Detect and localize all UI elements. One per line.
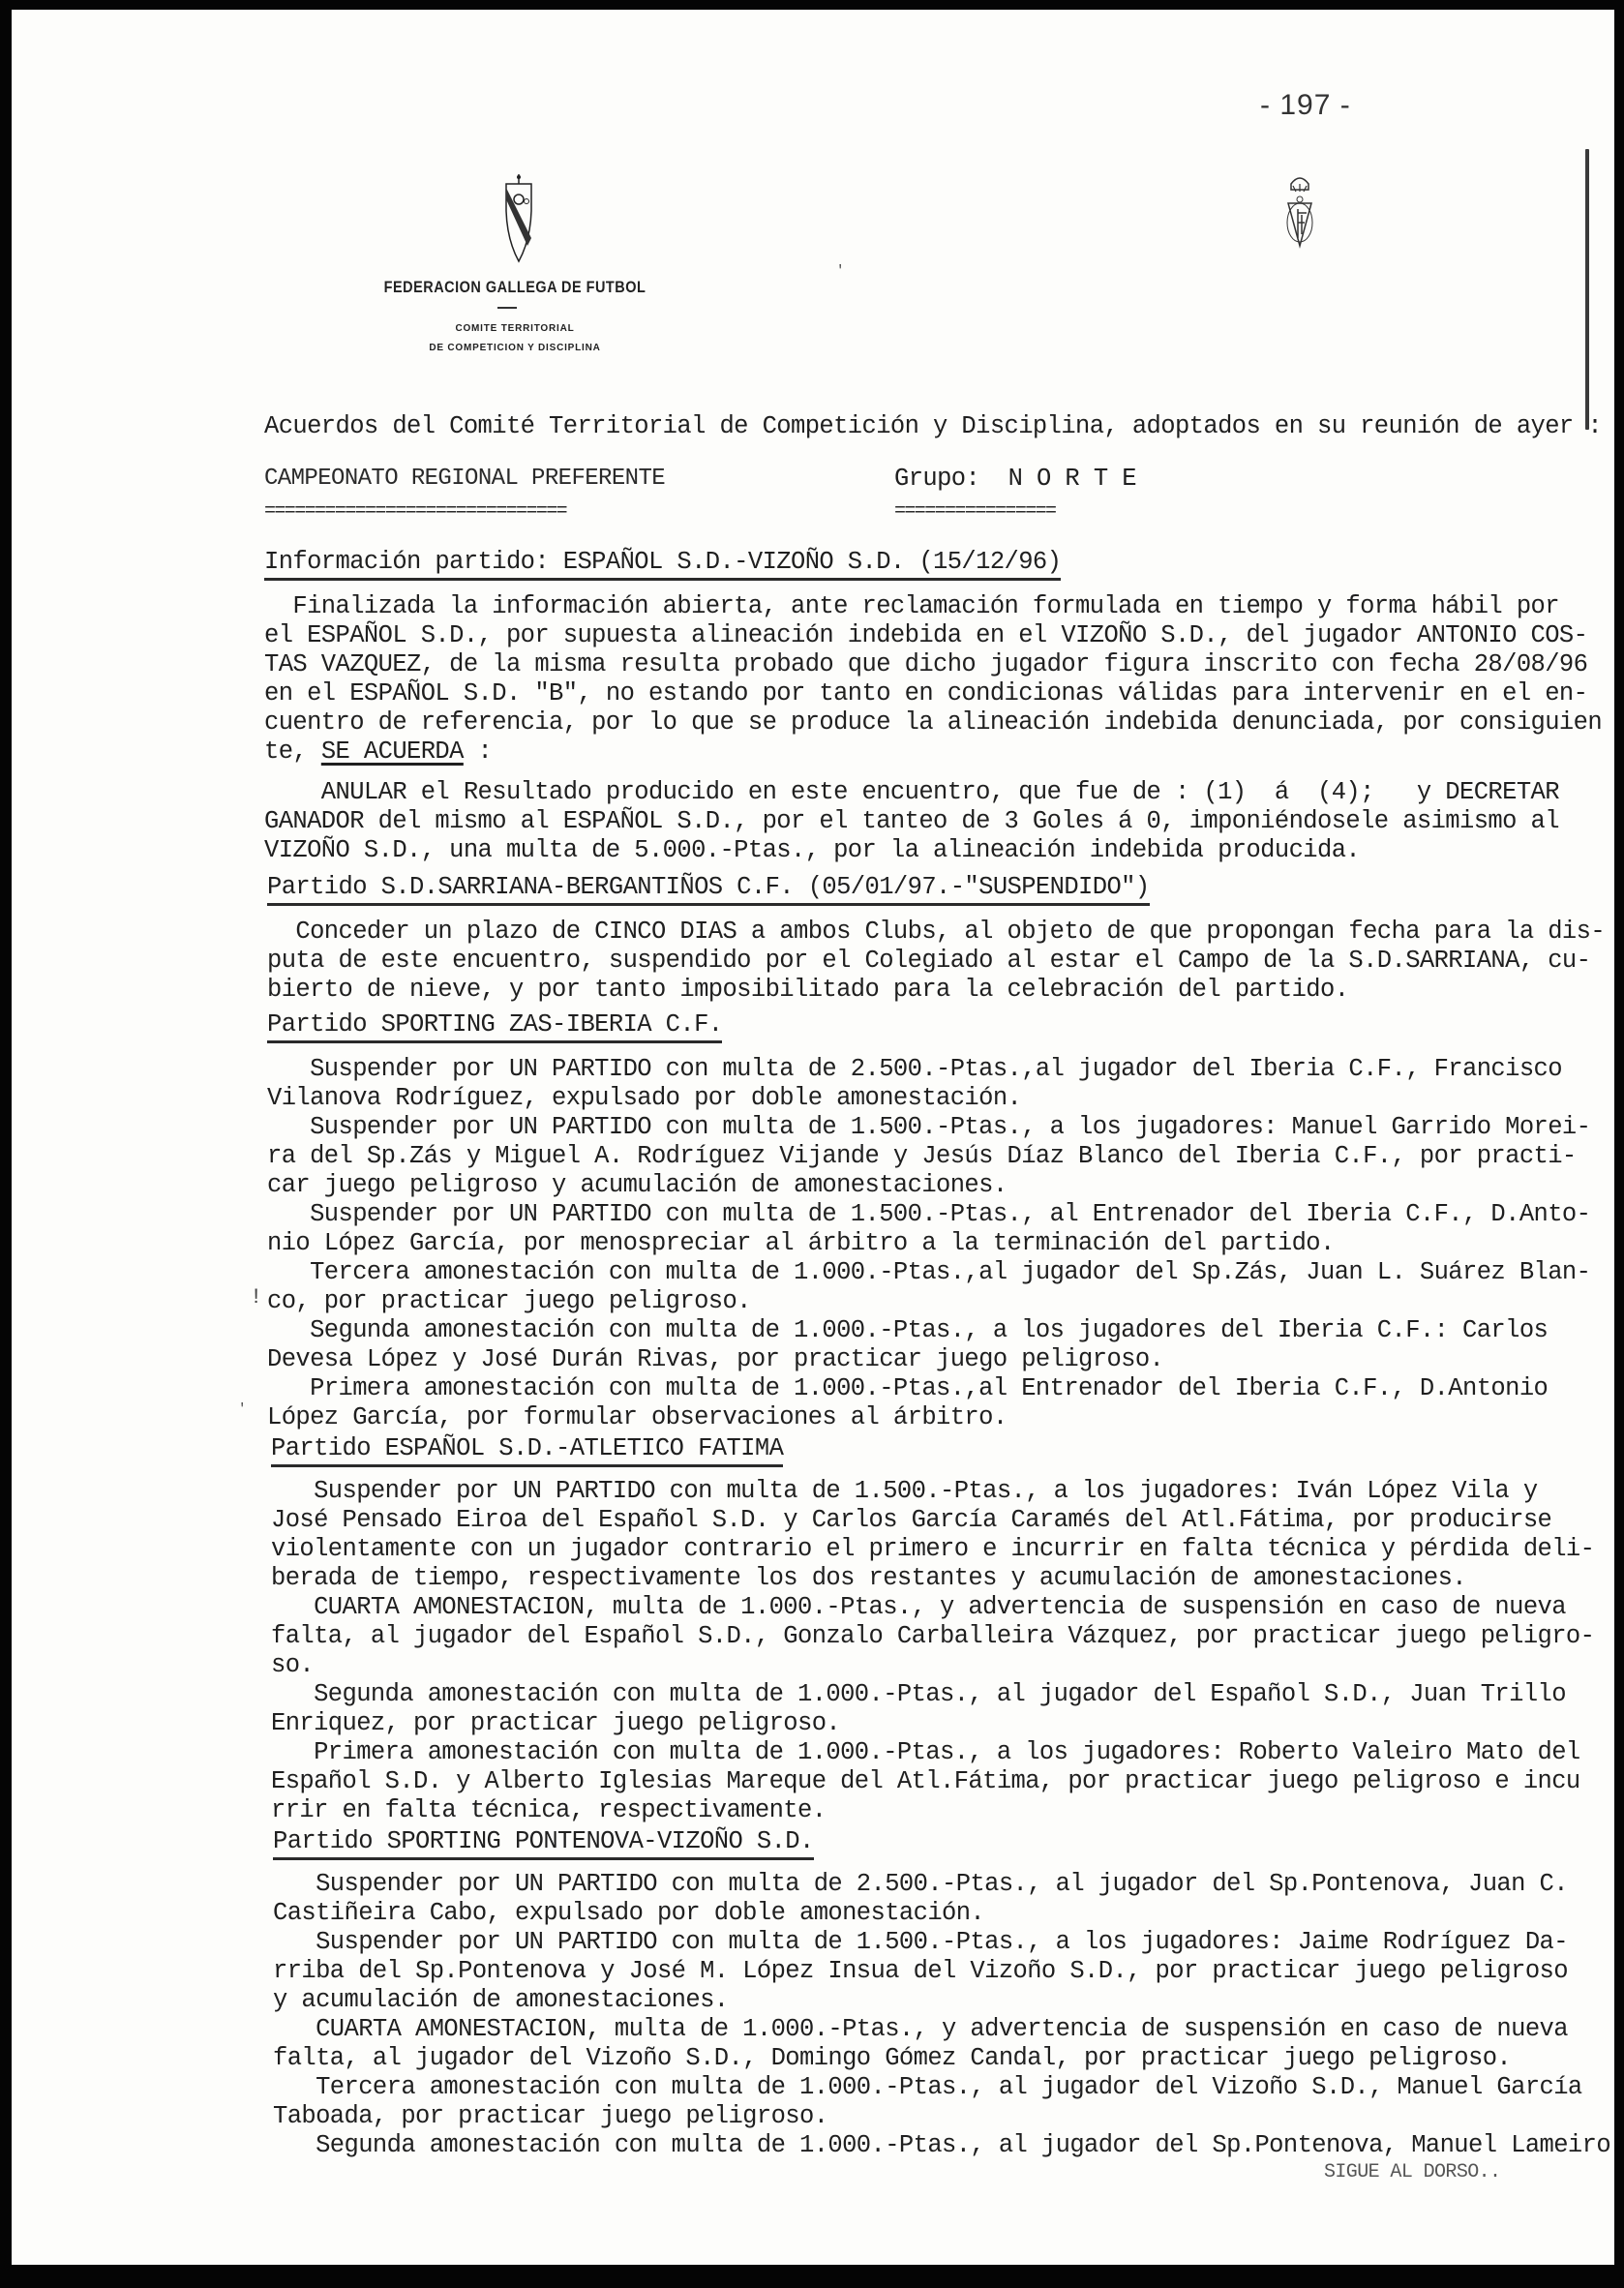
paragraph-line: Finalizada la información abierta, ante … bbox=[264, 592, 1559, 621]
paragraph-line: Segunda amonestación con multa de 1.000.… bbox=[271, 1680, 1566, 1709]
paragraph-line: violentamente con un jugador contrario e… bbox=[271, 1535, 1594, 1564]
paragraph-line: Castiñeira Cabo, expulsado por doble amo… bbox=[273, 1899, 984, 1928]
paragraph-line: nio López García, por menospreciar al ár… bbox=[267, 1229, 1335, 1258]
paragraph-line: Conceder un plazo de CINCO DIAS a ambos … bbox=[267, 918, 1605, 947]
paragraph-line: y acumulación de amonestaciones. bbox=[273, 1986, 728, 2015]
paragraph-line: José Pensado Eiroa del Español S.D. y Ca… bbox=[271, 1506, 1551, 1535]
line-prefix: te, bbox=[264, 738, 321, 766]
paragraph-line: car juego peligroso y acumulación de amo… bbox=[267, 1171, 1007, 1200]
paragraph-line: berada de tiempo, respectivamente los do… bbox=[271, 1564, 1466, 1593]
competition-name-rule: ============================== bbox=[264, 497, 566, 527]
margin-mark bbox=[1585, 149, 1589, 430]
paragraph-line: co, por practicar juego peligroso. bbox=[267, 1287, 751, 1316]
paragraph-line: Tercera amonestación con multa de 1.000.… bbox=[267, 1258, 1590, 1287]
paragraph-line: Suspender por UN PARTIDO con multa de 1.… bbox=[271, 1477, 1538, 1506]
paragraph-line: Enriquez, por practicar juego peligroso. bbox=[271, 1709, 840, 1738]
group-value: N O R T E bbox=[1008, 465, 1136, 493]
paragraph-line: Segunda amonestación con multa de 1.000.… bbox=[267, 1316, 1548, 1345]
paragraph-line: falta, al jugador del Vizoño S.D., Domin… bbox=[273, 2044, 1511, 2073]
paragraph-line: ANULAR el Resultado producido en este en… bbox=[264, 778, 1559, 807]
paragraph-line: Español S.D. y Alberto Iglesias Mareque … bbox=[271, 1767, 1580, 1796]
spanish-federation-crest-icon bbox=[1285, 170, 1314, 252]
paragraph-line: Suspender por UN PARTIDO con multa de 1.… bbox=[267, 1200, 1590, 1229]
paragraph-line: CUARTA AMONESTACION, multa de 1.000.-Pta… bbox=[273, 2015, 1568, 2044]
paragraph-line: Vilanova Rodríguez, expulsado por doble … bbox=[267, 1084, 1021, 1113]
paragraph-line: cuentro de referencia, por lo que se pro… bbox=[264, 708, 1602, 738]
document-page: - 197 - FEDERACION GALLEGA DE FUTBOL COM… bbox=[12, 10, 1614, 2265]
continued-overleaf-note: SIGUE AL DORSO.. bbox=[1324, 2158, 1500, 2187]
paragraph-line: bierto de nieve, y por tanto imposibilit… bbox=[267, 976, 1348, 1005]
group-rule: ================ bbox=[894, 497, 1055, 527]
letterhead-divider bbox=[497, 307, 517, 309]
paragraph-line: ra del Sp.Zás y Miguel A. Rodríguez Vija… bbox=[267, 1142, 1577, 1171]
se-acuerda-label: SE ACUERDA bbox=[321, 738, 464, 766]
paragraph-line: en el ESPAÑOL S.D. "B", no estando por t… bbox=[264, 679, 1587, 708]
paragraph-line: Primera amonestación con multa de 1.000.… bbox=[271, 1738, 1580, 1767]
margin-speck: ' bbox=[238, 1401, 246, 1417]
paragraph-line: VIZOÑO S.D., una multa de 5.000.-Ptas., … bbox=[264, 836, 1360, 865]
paragraph-line: Suspender por UN PARTIDO con multa de 1.… bbox=[267, 1113, 1590, 1142]
paragraph-line: Devesa López y José Durán Rivas, por pra… bbox=[267, 1345, 1163, 1374]
paragraph-line: Taboada, por practicar juego peligroso. bbox=[273, 2102, 827, 2131]
paragraph-line: rriba del Sp.Pontenova y José M. López I… bbox=[273, 1957, 1568, 1986]
paragraph-line: Primera amonestación con multa de 1.000.… bbox=[267, 1374, 1548, 1403]
paragraph-line: Suspender por UN PARTIDO con multa de 2.… bbox=[267, 1055, 1562, 1084]
committee-line-1: COMITE TERRITORIAL bbox=[360, 323, 670, 334]
line-suffix: : bbox=[464, 738, 492, 766]
group-label-row: Grupo: N O R T E bbox=[894, 465, 1136, 494]
section-heading-espanol-fatima: Partido ESPAÑOL S.D.-ATLETICO FATIMA bbox=[271, 1434, 783, 1467]
margin-speck: ! bbox=[250, 1285, 262, 1310]
paragraph-line: TAS VAZQUEZ, de la misma resulta probado… bbox=[264, 650, 1587, 679]
section-heading-pontenova-vizono: Partido SPORTING PONTENOVA-VIZOÑO S.D. bbox=[273, 1827, 814, 1860]
paragraph-line: puta de este encuentro, suspendido por e… bbox=[267, 947, 1590, 976]
committee-line-2: DE COMPETICION Y DISCIPLINA bbox=[360, 343, 670, 353]
stray-mark: ' bbox=[836, 263, 844, 279]
group-label: Grupo: bbox=[894, 465, 979, 493]
se-acuerda-line: te, SE ACUERDA : bbox=[264, 738, 492, 767]
intro-text: Acuerdos del Comité Territorial de Compe… bbox=[264, 412, 1602, 441]
paragraph-line: so. bbox=[271, 1651, 314, 1680]
paragraph-line: Tercera amonestación con multa de 1.000.… bbox=[273, 2073, 1582, 2102]
paragraph-line: GANADOR del mismo al ESPAÑOL S.D., por e… bbox=[264, 807, 1559, 836]
section-heading-zas-iberia: Partido SPORTING ZAS-IBERIA C.F. bbox=[267, 1010, 722, 1043]
paragraph-line: CUARTA AMONESTACION, multa de 1.000.-Pta… bbox=[271, 1593, 1566, 1622]
galician-federation-shield-icon bbox=[503, 172, 534, 269]
paragraph-line: el ESPAÑOL S.D., por supuesta alineación… bbox=[264, 621, 1587, 650]
paragraph-line: López García, por formular observaciones… bbox=[267, 1403, 1007, 1432]
paragraph-line: Segunda amonestación con multa de 1.000.… bbox=[273, 2131, 1610, 2160]
paragraph-line: falta, al jugador del Español S.D., Gonz… bbox=[271, 1622, 1594, 1651]
org-name: FEDERACION GALLEGA DE FUTBOL bbox=[383, 278, 647, 297]
paragraph-line: rrir en falta técnica, respectivamente. bbox=[271, 1796, 826, 1825]
paragraph-line: Suspender por UN PARTIDO con multa de 1.… bbox=[273, 1928, 1568, 1957]
section-heading-sarriana-bergantinos: Partido S.D.SARRIANA-BERGANTIÑOS C.F. (0… bbox=[267, 873, 1150, 906]
section-heading-espanol-vizono: Información partido: ESPAÑOL S.D.-VIZOÑO… bbox=[264, 548, 1061, 581]
paragraph-line: Suspender por UN PARTIDO con multa de 2.… bbox=[273, 1870, 1568, 1899]
competition-name: CAMPEONATO REGIONAL PREFERENTE bbox=[264, 465, 665, 494]
page-number: - 197 - bbox=[1260, 89, 1351, 122]
